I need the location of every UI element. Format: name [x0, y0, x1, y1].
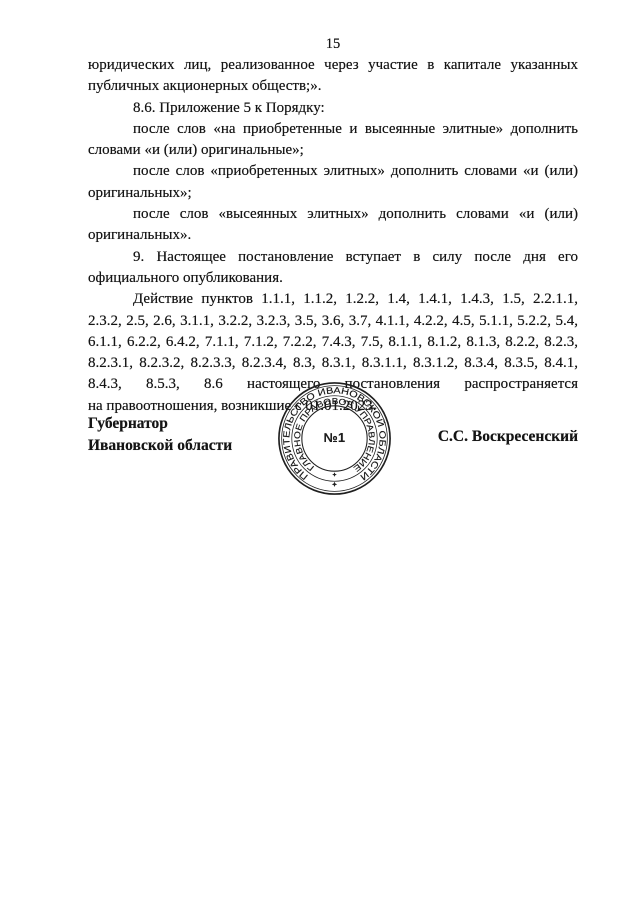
document-body: юридических лиц, реализованное через уча…: [88, 55, 578, 417]
text-line: 2.3.2, 2.5, 2.6, 3.1.1, 3.2.2, 3.2.3, 3.…: [88, 311, 578, 332]
text-line: после слов «на приобретенные и высеянные…: [88, 119, 578, 140]
stamp-star-separator-inner: [332, 472, 337, 477]
text-line: официального опубликования.: [88, 268, 578, 289]
signatory-title-line1: Губернатор: [88, 413, 232, 435]
text-line: 6.1.1, 6.2.2, 6.4.2, 7.1.1, 7.1.2, 7.2.2…: [88, 332, 578, 353]
official-stamp: ПРАВИТЕЛЬСТВО ИВАНОВСКОЙ ОБЛАСТИ ГЛАВНОЕ…: [276, 380, 393, 497]
text-line: Действие пунктов 1.1.1, 1.1.2, 1.2.2, 1.…: [88, 289, 578, 310]
text-line: 8.6. Приложение 5 к Порядку:: [88, 98, 578, 119]
text-line: после слов «приобретенных элитных» допол…: [88, 161, 578, 182]
page-number: 15: [88, 36, 578, 53]
document-page: 15 юридических лиц, реализованное через …: [0, 0, 640, 905]
signatory-title-line2: Ивановской области: [88, 435, 232, 457]
text-line: 8.2.3.1, 8.2.3.2, 8.2.3.3, 8.2.3.4, 8.3,…: [88, 353, 578, 374]
stamp-number: №1: [323, 431, 345, 445]
signatory-title: Губернатор Ивановской области: [88, 413, 232, 457]
signatory-name: С.С. Воскресенский: [438, 428, 578, 446]
text-line: оригинальных».: [88, 225, 578, 246]
text-line: после слов «высеянных элитных» дополнить…: [88, 204, 578, 225]
text-line: публичных акционерных обществ;».: [88, 76, 578, 97]
text-line: 9. Настоящее постановление вступает в си…: [88, 247, 578, 268]
text-line: словами «и (или) оригинальные»;: [88, 140, 578, 161]
stamp-star-separator-outer: [332, 482, 337, 487]
text-line: юридических лиц, реализованное через уча…: [88, 55, 578, 76]
text-line: оригинальных»;: [88, 183, 578, 204]
